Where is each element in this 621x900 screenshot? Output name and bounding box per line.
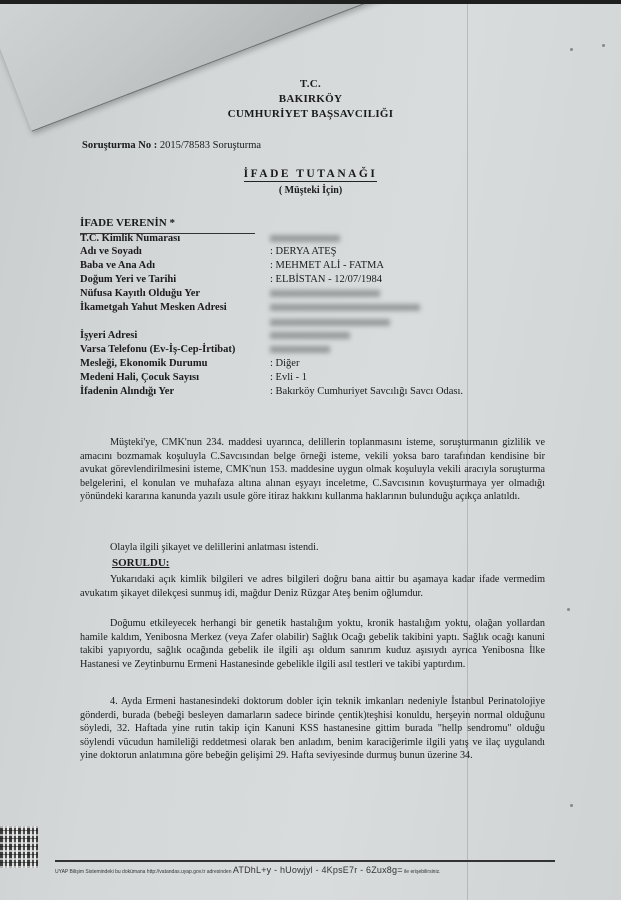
paragraph-statement-3: 4. Ayda Ermeni hastanesindeki doktorum d… xyxy=(80,695,545,763)
paragraph-request: Olayla ilgili şikayet ve delillerini anl… xyxy=(80,541,545,555)
paragraph-text: Doğumu etkileyecek herhangi bir genetik … xyxy=(80,618,545,670)
identity-row: İşyeri Adresi xyxy=(80,330,560,343)
footer-prefix: UYAP Bilişim Sistemindeki bu dokümana ht… xyxy=(55,869,231,875)
title-text: İFADE TUTANAĞI xyxy=(244,168,378,182)
qr-code-overlay xyxy=(0,826,38,868)
header-tc: T.C. xyxy=(0,78,621,90)
redacted-value xyxy=(270,332,350,339)
paragraph-text: 4. Ayda Ermeni hastanesindeki doktorum d… xyxy=(80,696,545,761)
field-label: Doğum Yeri ve Tarihi xyxy=(80,274,176,285)
identity-row: Mesleği, Ekonomik Durumu: Diğer xyxy=(80,358,560,371)
identity-row: Doğum Yeri ve Tarihi: ELBİSTAN - 12/07/1… xyxy=(80,274,560,287)
document-subtitle: ( Müşteki İçin) xyxy=(0,185,621,196)
paragraph-statement-1: Yukarıdaki açık kimlik bilgileri ve adre… xyxy=(80,573,545,600)
header-city: BAKIRKÖY xyxy=(0,93,621,105)
verification-code: ATDhL+y - hUowjyl - 4KpsE7r - 6Zux8g= xyxy=(233,865,403,875)
identity-row: Baba ve Ana Adı: MEHMET ALİ - FATMA xyxy=(80,260,560,273)
field-label: Varsa Telefonu (Ev-İş-Cep-İrtibat) xyxy=(80,344,235,355)
redacted-value xyxy=(270,319,390,326)
redacted-value xyxy=(270,304,420,311)
field-value: : DERYA ATEŞ xyxy=(270,246,337,257)
document-title: İFADE TUTANAĞI xyxy=(0,168,621,180)
field-value xyxy=(270,288,380,299)
field-value: : Bakırköy Cumhuriyet Savcılığı Savcı Od… xyxy=(270,386,463,397)
sorusturma-value: 2015/78583 Soruşturma xyxy=(160,140,261,151)
identity-row: Adı ve Soyadı: DERYA ATEŞ xyxy=(80,246,560,259)
field-label: İşyeri Adresi xyxy=(80,330,137,341)
redacted-value xyxy=(270,346,330,353)
field-label: Medeni Hali, Çocuk Sayısı xyxy=(80,372,199,383)
identity-row: Varsa Telefonu (Ev-İş-Cep-İrtibat) xyxy=(80,344,560,357)
uyap-footer: UYAP Bilişim Sistemindeki bu dokümana ht… xyxy=(55,865,440,875)
field-value xyxy=(270,330,350,341)
field-label: Nüfusa Kayıtlı Olduğu Yer xyxy=(80,288,200,299)
field-value xyxy=(270,302,420,326)
paragraph-statement-2: Doğumu etkileyecek herhangi bir genetik … xyxy=(80,617,545,671)
footer-divider xyxy=(55,860,555,862)
field-value: : MEHMET ALİ - FATMA xyxy=(270,260,384,271)
field-value xyxy=(270,233,340,244)
sorusturma-label: Soruşturma No : xyxy=(82,140,157,151)
field-label: Baba ve Ana Adı xyxy=(80,260,155,271)
soruldu-heading: SORULDU: xyxy=(112,557,169,569)
identity-row: Medeni Hali, Çocuk Sayısı: Evli - 1 xyxy=(80,372,560,385)
field-label: T.C. Kimlik Numarası xyxy=(80,233,180,244)
field-label: İfadenin Alındığı Yer xyxy=(80,386,174,397)
redacted-value xyxy=(270,290,380,297)
field-label: Mesleği, Ekonomik Durumu xyxy=(80,358,207,369)
document-page: T.C. BAKIRKÖY CUMHURİYET BAŞSAVCILIĞI So… xyxy=(0,4,621,900)
field-label: İkametgah Yahut Mesken Adresi xyxy=(80,302,227,313)
header-office: CUMHURİYET BAŞSAVCILIĞI xyxy=(0,108,621,120)
ifade-veren-heading: İFADE VERENİN * xyxy=(80,217,175,229)
paragraph-text: Müşteki'ye, CMK'nun 234. maddesi uyarınc… xyxy=(80,437,545,502)
field-label: Adı ve Soyadı xyxy=(80,246,142,257)
paragraph-text: Olayla ilgili şikayet ve delillerini anl… xyxy=(110,542,319,553)
field-value: : ELBİSTAN - 12/07/1984 xyxy=(270,274,382,285)
identity-row: T.C. Kimlik Numarası xyxy=(80,233,560,246)
field-value xyxy=(270,344,330,355)
sorusturma-no: Soruşturma No : 2015/78583 Soruşturma xyxy=(82,140,261,151)
identity-row: Nüfusa Kayıtlı Olduğu Yer xyxy=(80,288,560,301)
field-value: : Diğer xyxy=(270,358,299,369)
paragraph-text: Yukarıdaki açık kimlik bilgileri ve adre… xyxy=(80,574,545,599)
field-value: : Evli - 1 xyxy=(270,372,307,383)
paragraph-rights: Müşteki'ye, CMK'nun 234. maddesi uyarınc… xyxy=(80,436,545,504)
footer-suffix: ile erişebilirsiniz. xyxy=(404,869,440,875)
redacted-value xyxy=(270,235,340,242)
identity-row: İkametgah Yahut Mesken Adresi xyxy=(80,302,560,315)
identity-row: İfadenin Alındığı Yer: Bakırköy Cumhuriy… xyxy=(80,386,560,399)
